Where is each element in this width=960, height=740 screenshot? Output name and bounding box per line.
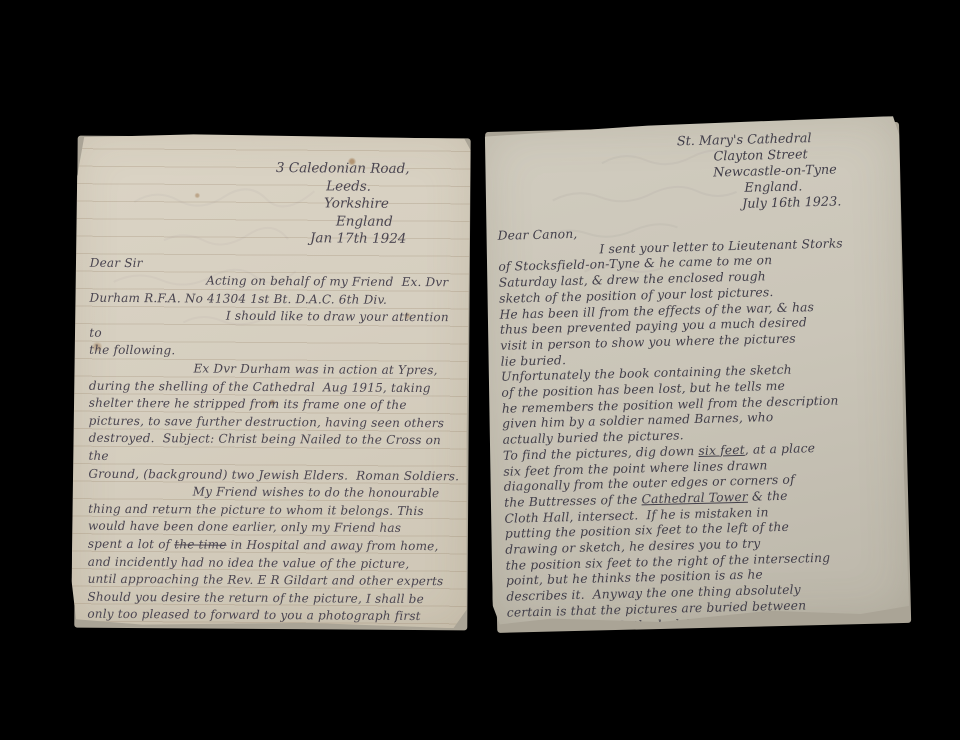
letter-line: Yorkshire (239, 195, 471, 214)
text-segment: the Buttresses of the (504, 492, 642, 509)
letter-line: I should like to draw your attention to (89, 307, 461, 345)
letter-left-body: Dear Sir Acting on behalf of my Friend E… (87, 254, 462, 628)
text-segment: , at a place (745, 441, 816, 457)
text-segment: spent a lot of (88, 537, 175, 552)
photograph-of-two-letters: 3 Caledonian Road,Leeds.YorkshireEngland… (0, 0, 960, 740)
text-segment: & the (748, 489, 788, 504)
letter-line: spent a lot of the time in Hospital and … (88, 536, 460, 556)
letter-right-address-block: St. Mary's CathedralClayton StreetNewcas… (615, 130, 875, 216)
letter-right-wrapper: St. Mary's CathedralClayton StreetNewcas… (481, 116, 911, 628)
letter-line: My Friend wishes to do the honourable (88, 483, 460, 503)
letter-line: Jan 17th 1924 (240, 230, 470, 249)
letter-line: England (247, 212, 471, 231)
letter-line: 3 Caledonian Road, (225, 160, 461, 179)
letter-left: 3 Caledonian Road,Leeds.YorkshireEngland… (71, 132, 470, 629)
letter-left-wrapper: 3 Caledonian Road,Leeds.YorkshireEngland… (71, 132, 470, 629)
underlined-phrase: Cathedral Tower (641, 490, 748, 507)
letter-line: Acting on behalf of my Friend Ex. Dvr (90, 272, 462, 292)
letter-right: St. Mary's CathedralClayton StreetNewcas… (481, 116, 911, 628)
letter-line: destroyed. Subject: Christ being Nailed … (88, 430, 460, 468)
text-segment: in Hospital and away from home, (226, 538, 438, 553)
letter-right-body: Dear Canon, I sent your letter to Lieute… (497, 219, 903, 628)
letter-line: Leeds. (231, 177, 467, 196)
letter-left-address-block: 3 Caledonian Road,Leeds.YorkshireEngland… (224, 160, 460, 249)
letter-line: until approaching the Rev. E R Gildart a… (88, 571, 460, 591)
underlined-phrase: six feet (698, 443, 745, 458)
letter-line: Ex Dvr Durham was in action at Ypres, (89, 360, 461, 380)
struck-out-phrase: the time (174, 537, 226, 551)
